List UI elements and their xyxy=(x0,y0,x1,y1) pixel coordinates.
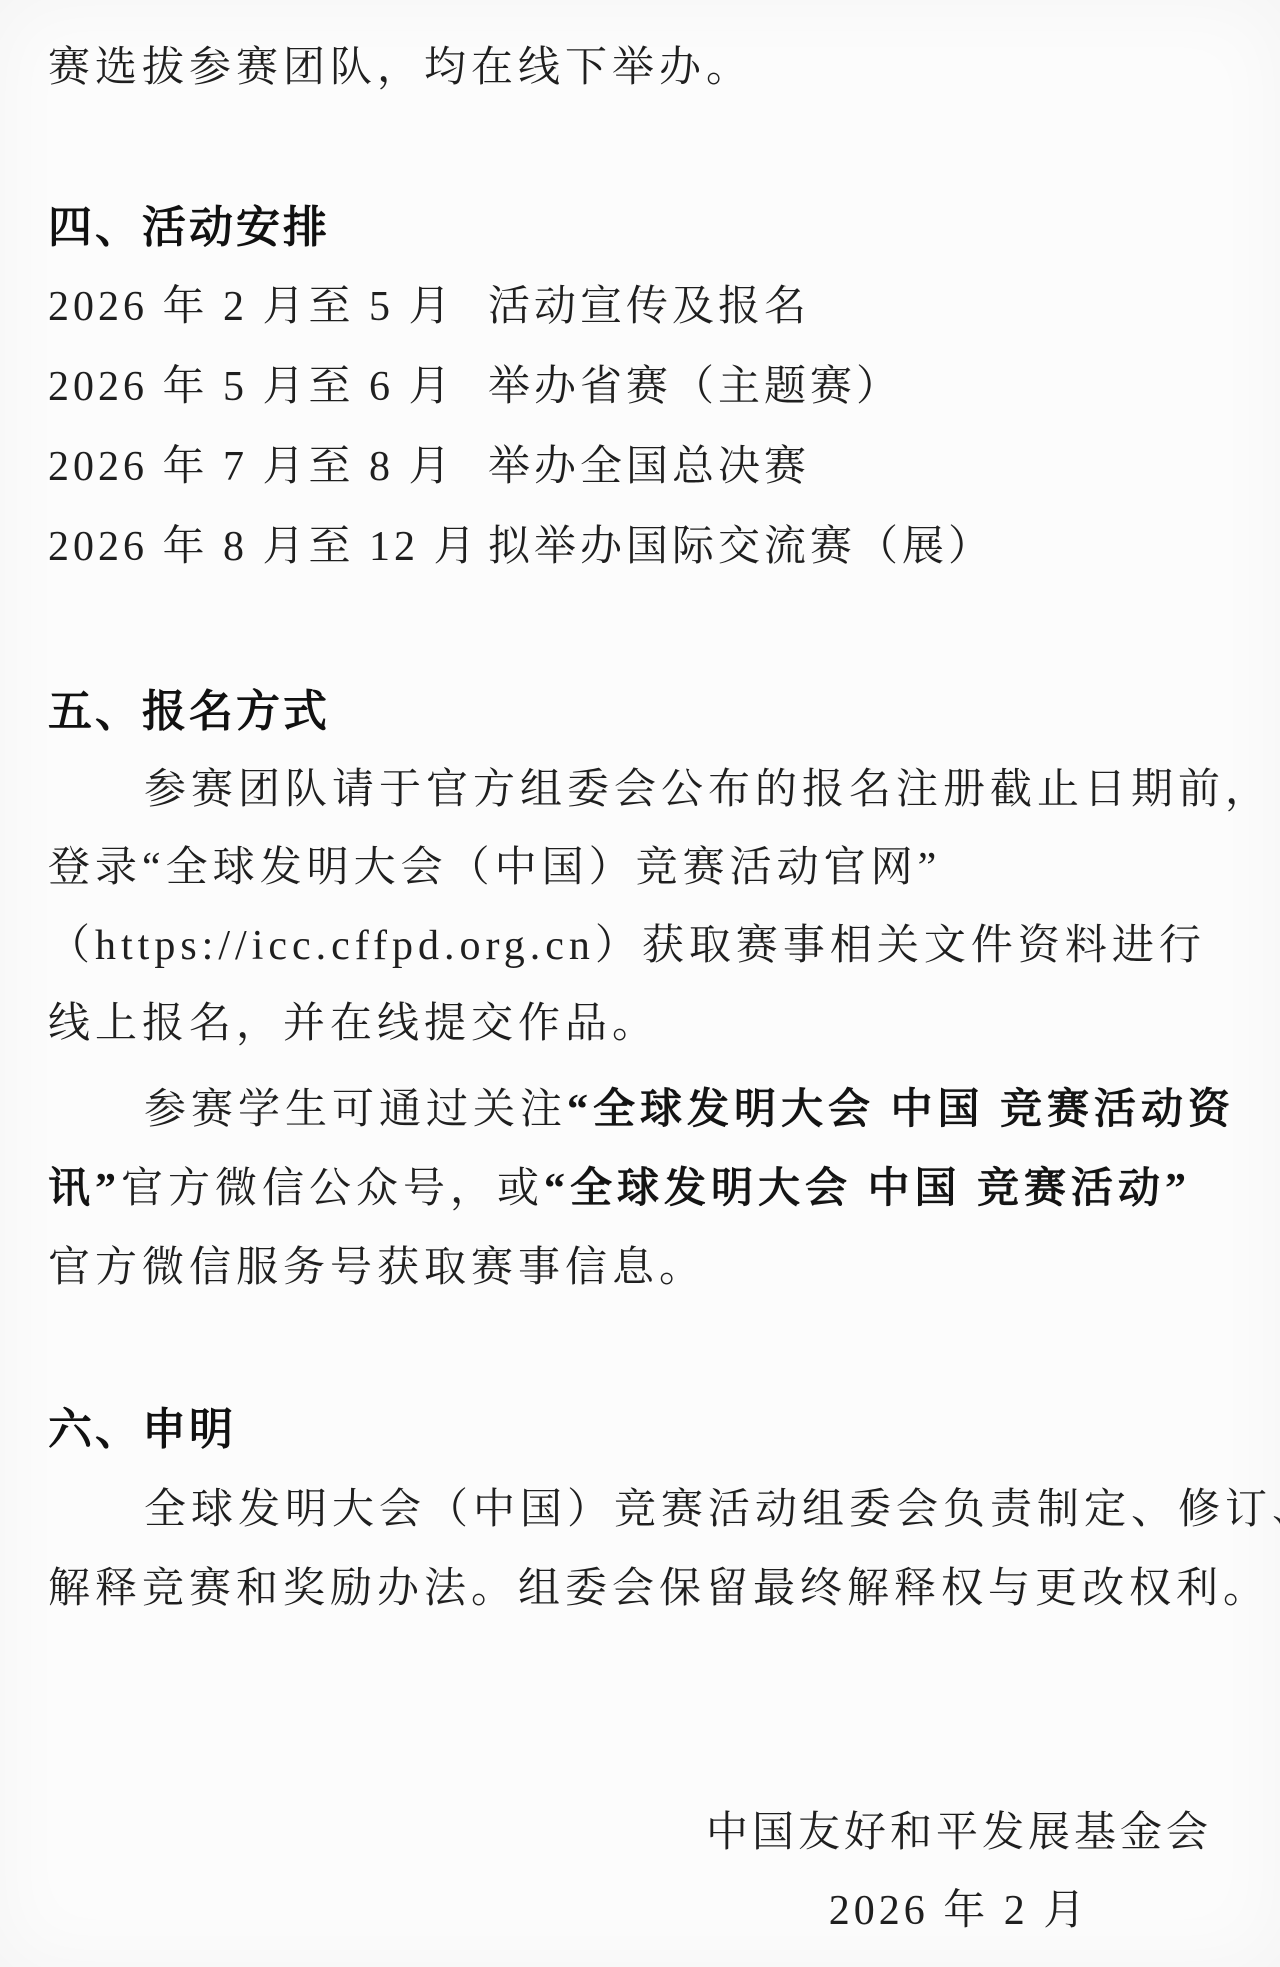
schedule-row: 2026 年 5 月至 6 月 举办省赛（主题赛） xyxy=(48,347,1242,427)
section5-heading: 五、报名方式 xyxy=(48,673,1242,751)
paragraph-line: 线上报名，并在线提交作品。 xyxy=(48,985,1242,1063)
schedule-date: 2026 年 2 月至 5 月 xyxy=(48,267,488,347)
statement-paragraph: 全球发明大会（中国）竞赛活动组委会负责制定、修订、 解释竞赛和奖励办法。组委会保… xyxy=(48,1471,1242,1629)
section6-heading: 六、申明 xyxy=(48,1391,1242,1469)
intro-line: 赛选拔参赛团队，均在线下举办。 xyxy=(48,29,1242,107)
schedule-date: 2026 年 5 月至 6 月 xyxy=(48,347,488,427)
schedule-activity: 活动宣传及报名 xyxy=(488,267,810,347)
paragraph-line: 登录“全球发明大会（中国）竞赛活动官网” xyxy=(48,829,1242,907)
signature-inner: 中国友好和平发展基金会 2026 年 2 月 xyxy=(706,1794,1212,1951)
paragraph-line: 解释竞赛和奖励办法。组委会保留最终解释权与更改权利。 xyxy=(48,1550,1242,1629)
paragraph-line: 讯”官方微信公众号，或“全球发明大会 中国 竞赛活动” xyxy=(48,1150,1242,1229)
paragraph-line: 参赛学生可通过关注“全球发明大会 中国 竞赛活动资 xyxy=(48,1071,1242,1150)
section4-heading: 四、活动安排 xyxy=(48,189,1242,267)
paragraph-line-url: （https://icc.cffpd.org.cn）获取赛事相关文件资料进行 xyxy=(48,907,1242,985)
schedule-list: 2026 年 2 月至 5 月 活动宣传及报名 2026 年 5 月至 6 月 … xyxy=(48,267,1242,587)
schedule-activity: 举办省赛（主题赛） xyxy=(488,347,902,427)
document-page: 赛选拔参赛团队，均在线下举办。 四、活动安排 2026 年 2 月至 5 月 活… xyxy=(0,0,1280,1967)
schedule-row: 2026 年 8 月至 12 月 拟举办国际交流赛（展） xyxy=(48,507,1242,587)
paragraph-line: 官方微信服务号获取赛事信息。 xyxy=(48,1229,1242,1308)
schedule-activity: 拟举办国际交流赛（展） xyxy=(488,507,994,587)
paragraph-line: 全球发明大会（中国）竞赛活动组委会负责制定、修订、 xyxy=(48,1471,1242,1550)
wechat-paragraph: 参赛学生可通过关注“全球发明大会 中国 竞赛活动资 讯”官方微信公众号，或“全球… xyxy=(48,1071,1242,1308)
signature-block: 中国友好和平发展基金会 2026 年 2 月 xyxy=(48,1794,1242,1951)
schedule-date: 2026 年 7 月至 8 月 xyxy=(48,427,488,507)
schedule-row: 2026 年 7 月至 8 月 举办全国总决赛 xyxy=(48,427,1242,507)
organization-name: 中国友好和平发展基金会 xyxy=(706,1794,1212,1872)
schedule-activity: 举办全国总决赛 xyxy=(488,427,810,507)
schedule-date: 2026 年 8 月至 12 月 xyxy=(48,507,488,587)
schedule-row: 2026 年 2 月至 5 月 活动宣传及报名 xyxy=(48,267,1242,347)
signature-date: 2026 年 2 月 xyxy=(706,1872,1212,1951)
paragraph-line: 参赛团队请于官方组委会公布的报名注册截止日期前， xyxy=(48,751,1242,829)
registration-paragraph: 参赛团队请于官方组委会公布的报名注册截止日期前， 登录“全球发明大会（中国）竞赛… xyxy=(48,751,1242,1063)
